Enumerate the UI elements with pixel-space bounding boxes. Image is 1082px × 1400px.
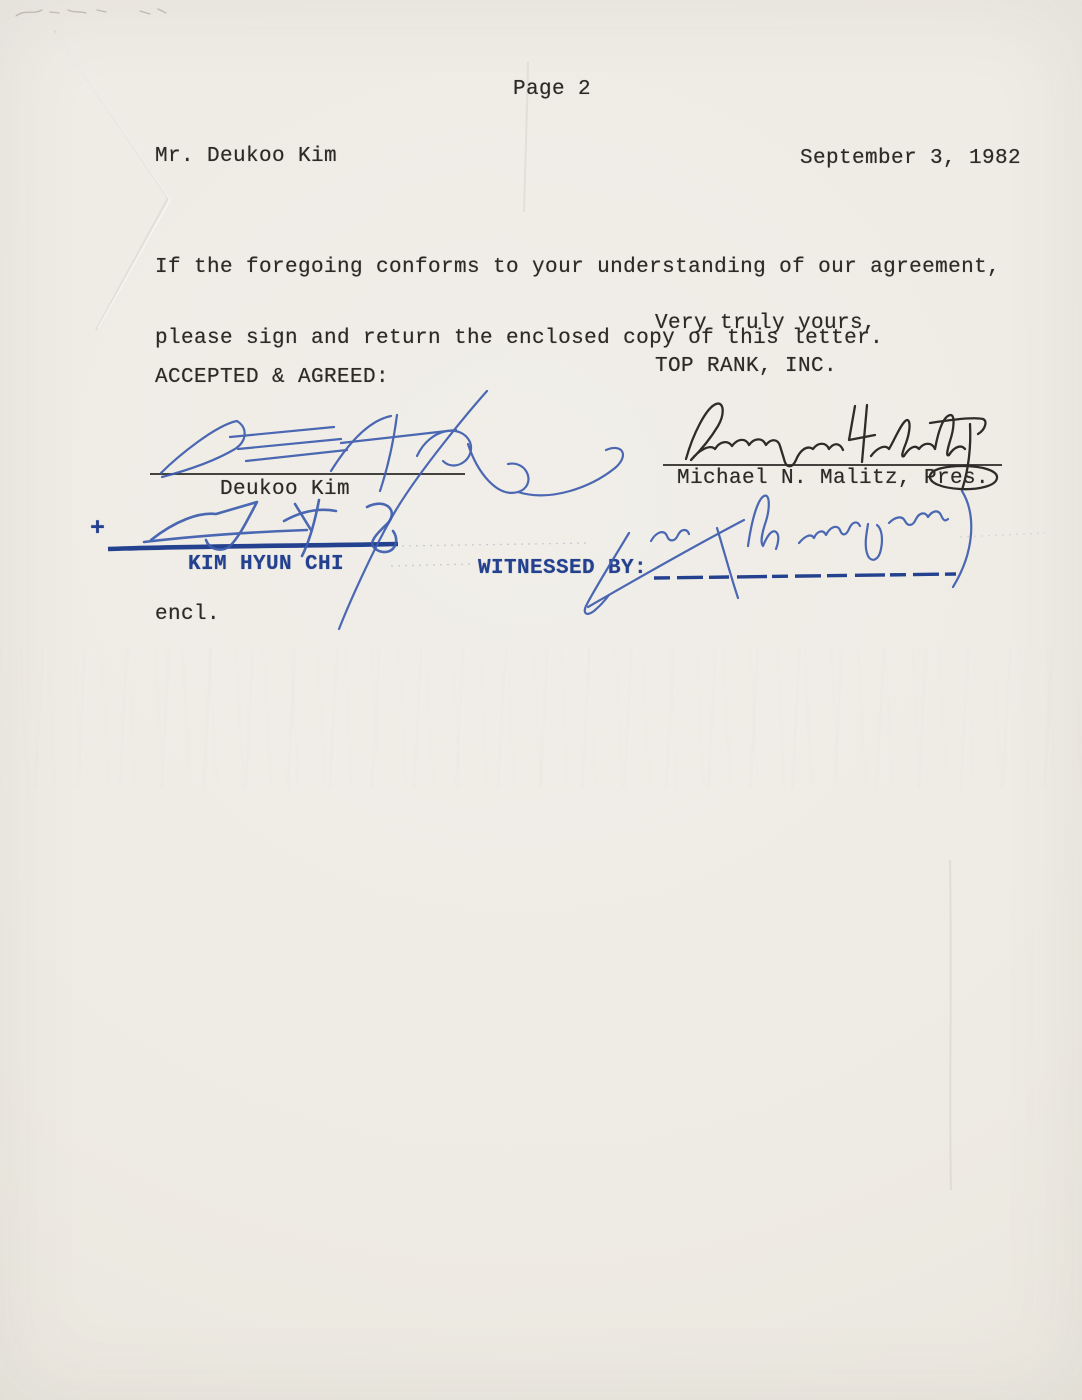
typed-name-kim-hyun-chi: KIM HYUN CHI (188, 553, 344, 577)
body-line-1: If the foregoing conforms to your unders… (155, 256, 1000, 280)
enclosure-note: encl. (155, 603, 220, 627)
letter-date: September 3, 1982 (800, 147, 1021, 171)
paper-wrinkle-band (0, 648, 1082, 788)
witnessed-by-label: WITNESSED BY: (478, 557, 647, 581)
deukoo-kim-signature (161, 391, 623, 629)
letter-page: Page 2 Mr. Deukoo Kim September 3, 1982 … (0, 0, 1082, 1400)
accepted-agreed-label: ACCEPTED & AGREED: (155, 366, 389, 390)
signature-line-witness (654, 574, 956, 578)
company-name: TOP RANK, INC. (655, 355, 837, 379)
typed-name-michael-malitz: Michael N. Malitz, Pres. (677, 467, 989, 491)
page-number-label: Page 2 (513, 78, 591, 102)
witness-signature (585, 491, 971, 614)
kim-hyun-chi-signature (144, 500, 396, 556)
pencil-scribble (16, 9, 166, 16)
typed-name-deukoo-kim: Deukoo Kim (220, 478, 350, 502)
closing-phrase: Very truly yours, (655, 312, 876, 336)
signature-line-kim-hyun-chi (108, 544, 398, 549)
plus-mark: + (90, 517, 105, 541)
recipient-name: Mr. Deukoo Kim (155, 145, 337, 169)
